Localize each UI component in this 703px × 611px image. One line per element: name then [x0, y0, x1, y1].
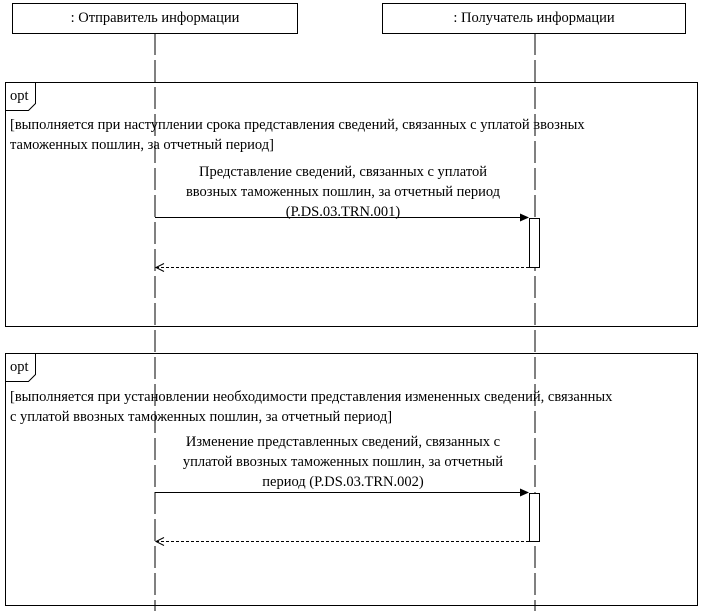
lifeline-receiver-head: : Получатель информации: [382, 3, 686, 34]
fragment-1-message-line-1: Представление сведений, связанных с упла…: [155, 162, 531, 182]
fragment-1-operator-label: opt: [10, 88, 29, 104]
fragment-2-message-line-2: уплатой ввозных таможенных пошлин, за от…: [155, 452, 531, 472]
fragment-2-guard-line-2: с уплатой ввозных таможенных пошлин, за …: [10, 407, 612, 427]
fragment-2-operator-label: opt: [10, 359, 29, 375]
sequence-diagram-canvas: [0, 0, 703, 611]
fragment-1-activation-bar: [530, 219, 540, 268]
lifeline-sender-head: : Отправитель информации: [12, 3, 298, 34]
fragment-1-guard: [выполняется при наступлении срока предс…: [10, 115, 585, 155]
fragment-1-guard-line-2: таможенных пошлин, за отчетный период]: [10, 135, 585, 155]
fragment-2-message-line-3: период (P.DS.03.TRN.002): [155, 472, 531, 492]
fragment-2-message-line-1: Изменение представленных сведений, связа…: [155, 432, 531, 452]
fragment-1-message-line-2: ввозных таможенных пошлин, за отчетный п…: [155, 182, 531, 202]
lifeline-sender-label: : Отправитель информации: [71, 10, 240, 27]
fragment-2-activation-bar: [530, 494, 540, 542]
fragment-1-guard-line-1: [выполняется при наступлении срока предс…: [10, 115, 585, 135]
fragment-2-message-label: Изменение представленных сведений, связа…: [155, 432, 531, 492]
fragment-2-guard: [выполняется при установлении необходимо…: [10, 387, 612, 427]
fragment-1-message-label: Представление сведений, связанных с упла…: [155, 162, 531, 222]
lifeline-receiver-label: : Получатель информации: [453, 10, 614, 27]
fragment-2-guard-line-1: [выполняется при установлении необходимо…: [10, 387, 612, 407]
fragment-1-message-line-3: (P.DS.03.TRN.001): [155, 202, 531, 222]
